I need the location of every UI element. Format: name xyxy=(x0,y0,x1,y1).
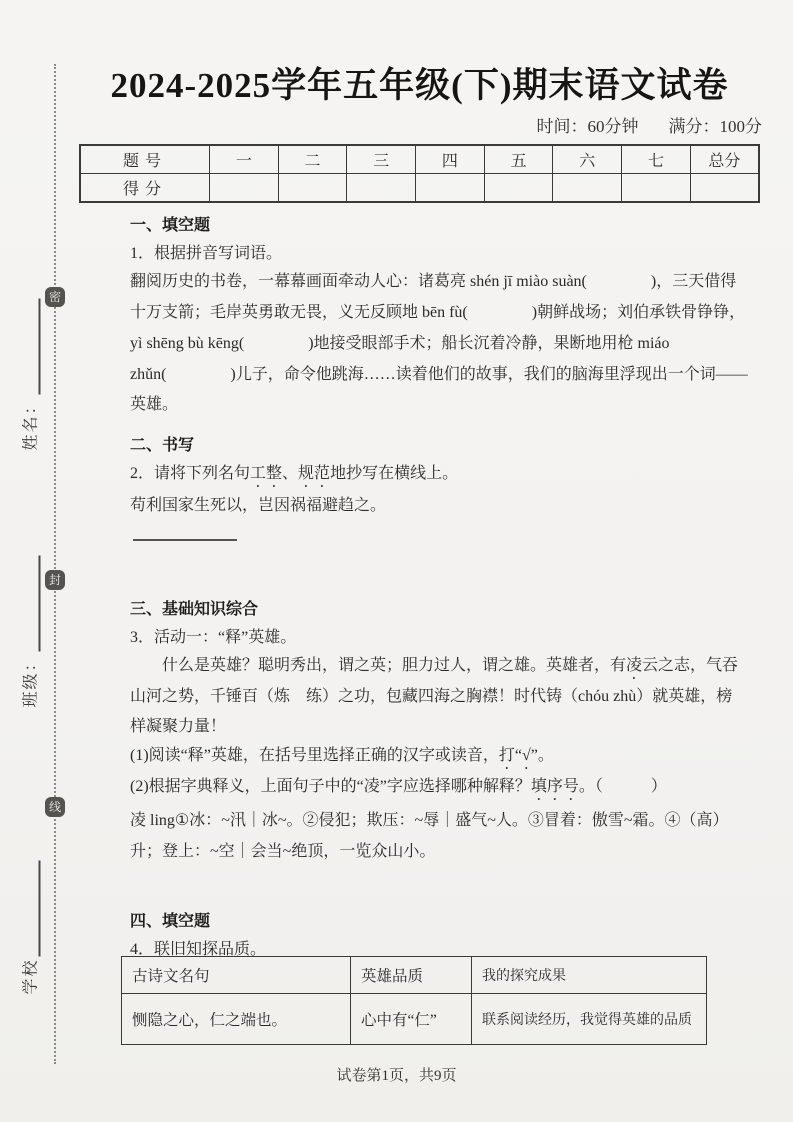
student-school-blank xyxy=(21,860,41,956)
score-col-5: 五 xyxy=(484,145,553,174)
score-cell xyxy=(210,174,279,203)
student-school-field: 学校 xyxy=(15,820,41,995)
student-name-field: 姓名： xyxy=(15,276,41,451)
q4-cell-verse: 恻隐之心，仁之端也。 xyxy=(122,994,351,1045)
score-col-3: 三 xyxy=(347,145,416,174)
score-table-header-row: 题号 一 二 三 四 五 六 七 总分 xyxy=(80,145,759,174)
question-1-stem: 1．根据拼音写词语。 xyxy=(130,240,770,264)
question-3-sub-2: (2)根据字典释义，上面句子中的“凌”字应选择哪种解释？填序号。（ ） xyxy=(130,773,770,797)
question-2-answer-blank xyxy=(133,527,237,541)
student-class-field: 班级： xyxy=(15,533,41,708)
dictionary-entry-line: 凌 ling①冰：~汛｜冰~。②侵犯；欺压：~辱｜盛气~人。③冒着：傲雪~霜。④… xyxy=(130,807,770,831)
exam-meta: 时间：60分钟满分：100分 xyxy=(300,112,762,137)
question-1-text-line: zhǔn( )儿子，命令他跳海……读着他们的故事，我们的脑海里浮现出一个词—— xyxy=(130,361,770,385)
exam-paper-page: 密 封 线 姓名： 班级： 学校 2024-2025学年五年级(下)期末语文试卷… xyxy=(0,0,793,1122)
q4-header-verse: 古诗文名句 xyxy=(122,957,351,994)
score-col-2: 二 xyxy=(278,145,347,174)
score-cell xyxy=(278,174,347,203)
question-4-table-data-row: 恻隐之心，仁之端也。 心中有“仁” 联系阅读经历，我觉得英雄的品质 xyxy=(122,994,707,1045)
question-3-passage-line: 山河之势，千锤百（炼 练）之功，包藏四海之胸襟！时代铸（chóu zhù）就英雄… xyxy=(130,683,770,707)
seal-badge-xian: 线 xyxy=(45,797,65,817)
exam-full-score: 满分：100分 xyxy=(669,117,763,136)
student-school-label: 学校 xyxy=(18,958,41,994)
question-2-stem: 2．请将下列名句工整、规范地抄写在横线上。 xyxy=(130,460,770,484)
student-class-blank xyxy=(21,555,41,651)
student-name-blank xyxy=(21,298,41,394)
score-col-1: 一 xyxy=(210,145,279,174)
question-1-text-line: 翻阅历史的书卷，一幕幕画面牵动人心：诸葛亮 shén jī miào suàn(… xyxy=(130,268,770,292)
score-col-7: 七 xyxy=(622,145,691,174)
score-cell xyxy=(690,174,759,203)
score-cell xyxy=(416,174,485,203)
page-footer: 试卷第1页，共9页 xyxy=(0,1064,793,1085)
q4-cell-quality: 心中有“仁” xyxy=(351,994,472,1045)
question-1-text-line: 英雄。 xyxy=(130,391,770,415)
q4-header-quality: 英雄品质 xyxy=(351,957,472,994)
dictionary-entry-line: 升；登上：~空｜会当~绝顶，一览众山小。 xyxy=(130,838,770,862)
student-class-label: 班级： xyxy=(18,653,41,707)
score-table-row1-label: 题号 xyxy=(80,145,210,174)
score-cell xyxy=(484,174,553,203)
question-1-text-line: yì shēng bù kēng( )地接受眼部手术；船长沉着冷静，果断地用枪 … xyxy=(130,330,770,354)
q4-cell-result: 联系阅读经历，我觉得英雄的品质 xyxy=(472,994,707,1045)
question-3-passage-line: 样凝聚力量！ xyxy=(130,713,770,737)
score-table-row2-label: 得分 xyxy=(80,174,210,203)
seal-dotted-line xyxy=(54,64,56,1064)
question-3-sub-1: (1)阅读“释”英雄，在括号里选择正确的汉字或读音，打“√”。 xyxy=(130,742,770,766)
q4-header-result: 我的探究成果 xyxy=(472,957,707,994)
section-1-heading: 一、填空题 xyxy=(130,212,770,236)
page-title: 2024-2025学年五年级(下)期末语文试卷 xyxy=(79,58,760,108)
question-1-text-line: 十万支箭；毛岸英勇敢无畏，义无反顾地 bēn fù( )朝鲜战场；刘伯承铁骨铮铮… xyxy=(130,299,770,323)
score-cell xyxy=(553,174,622,203)
section-4-heading: 四、填空题 xyxy=(130,908,770,932)
question-4-table-header-row: 古诗文名句 英雄品质 我的探究成果 xyxy=(122,957,707,994)
score-table: 题号 一 二 三 四 五 六 七 总分 得分 xyxy=(79,144,760,203)
section-2-heading: 二、书写 xyxy=(130,432,770,456)
exam-time: 时间：60分钟 xyxy=(537,117,639,136)
score-col-6: 六 xyxy=(553,145,622,174)
seal-badge-feng: 封 xyxy=(45,570,65,590)
score-col-total: 总分 xyxy=(690,145,759,174)
student-name-label: 姓名： xyxy=(18,396,41,450)
question-3-passage-line: 什么是英雄？聪明秀出，谓之英；胆力过人，谓之雄。英雄者，有凌云之志，气吞 xyxy=(130,652,770,676)
question-3-stem: 3．活动一：“释”英雄。 xyxy=(130,624,770,648)
question-2-quote: 苟利国家生死以，岂因祸福避趋之。 xyxy=(130,492,770,516)
score-cell xyxy=(347,174,416,203)
seal-badge-mi: 密 xyxy=(45,287,65,307)
section-3-heading: 三、基础知识综合 xyxy=(130,596,770,620)
score-cell xyxy=(622,174,691,203)
score-col-4: 四 xyxy=(416,145,485,174)
question-4-table: 古诗文名句 英雄品质 我的探究成果 恻隐之心，仁之端也。 心中有“仁” 联系阅读… xyxy=(121,956,707,1045)
score-table-score-row: 得分 xyxy=(80,174,759,203)
